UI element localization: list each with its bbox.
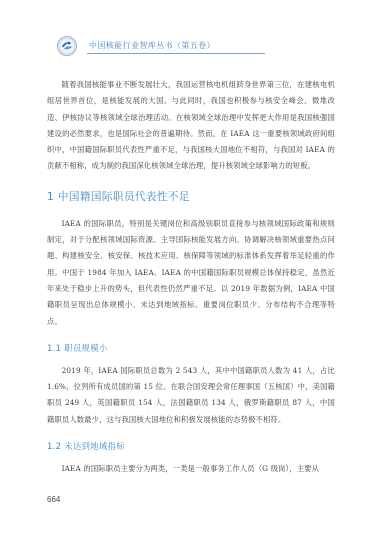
section-heading-1-2: 1.2 未达到地域指标 (47, 440, 335, 452)
book-series-logo-icon (57, 36, 77, 56)
page-number: 664 (47, 495, 60, 504)
section-heading-1-1: 1.1 职员规模小 (47, 342, 335, 354)
running-header: 中国核能行业智库丛书（第五卷） (57, 36, 217, 56)
section-heading-1: 1 中国籍国际职员代表性不足 (47, 189, 335, 204)
section-1-2-paragraph: IAEA 的国际职员主要分为两类，一类是一般事务工作人员（G 级岗），主要从 (47, 461, 335, 477)
header-divider (87, 53, 265, 54)
logo-emblem-icon (58, 37, 76, 55)
section-1-paragraph: IAEA 的国际职员，特别是关键岗位和高级别职员直接参与核领域国际政策和规则制定… (47, 216, 335, 330)
section-1-1-paragraph: 2019 年，IAEA 国际职员总数为 2 543 人，其中中国籍职员人数为 4… (47, 363, 335, 428)
intro-paragraph: 随着我国核能事业不断发展壮大，我国运营核电机组跻身世界第三位，在建核电机组居世界… (47, 77, 335, 175)
page-body: 随着我国核能事业不断发展壮大，我国运营核电机组跻身世界第三位，在建核电机组居世界… (47, 77, 335, 477)
series-title: 中国核能行业智库丛书（第五卷） (89, 40, 215, 51)
